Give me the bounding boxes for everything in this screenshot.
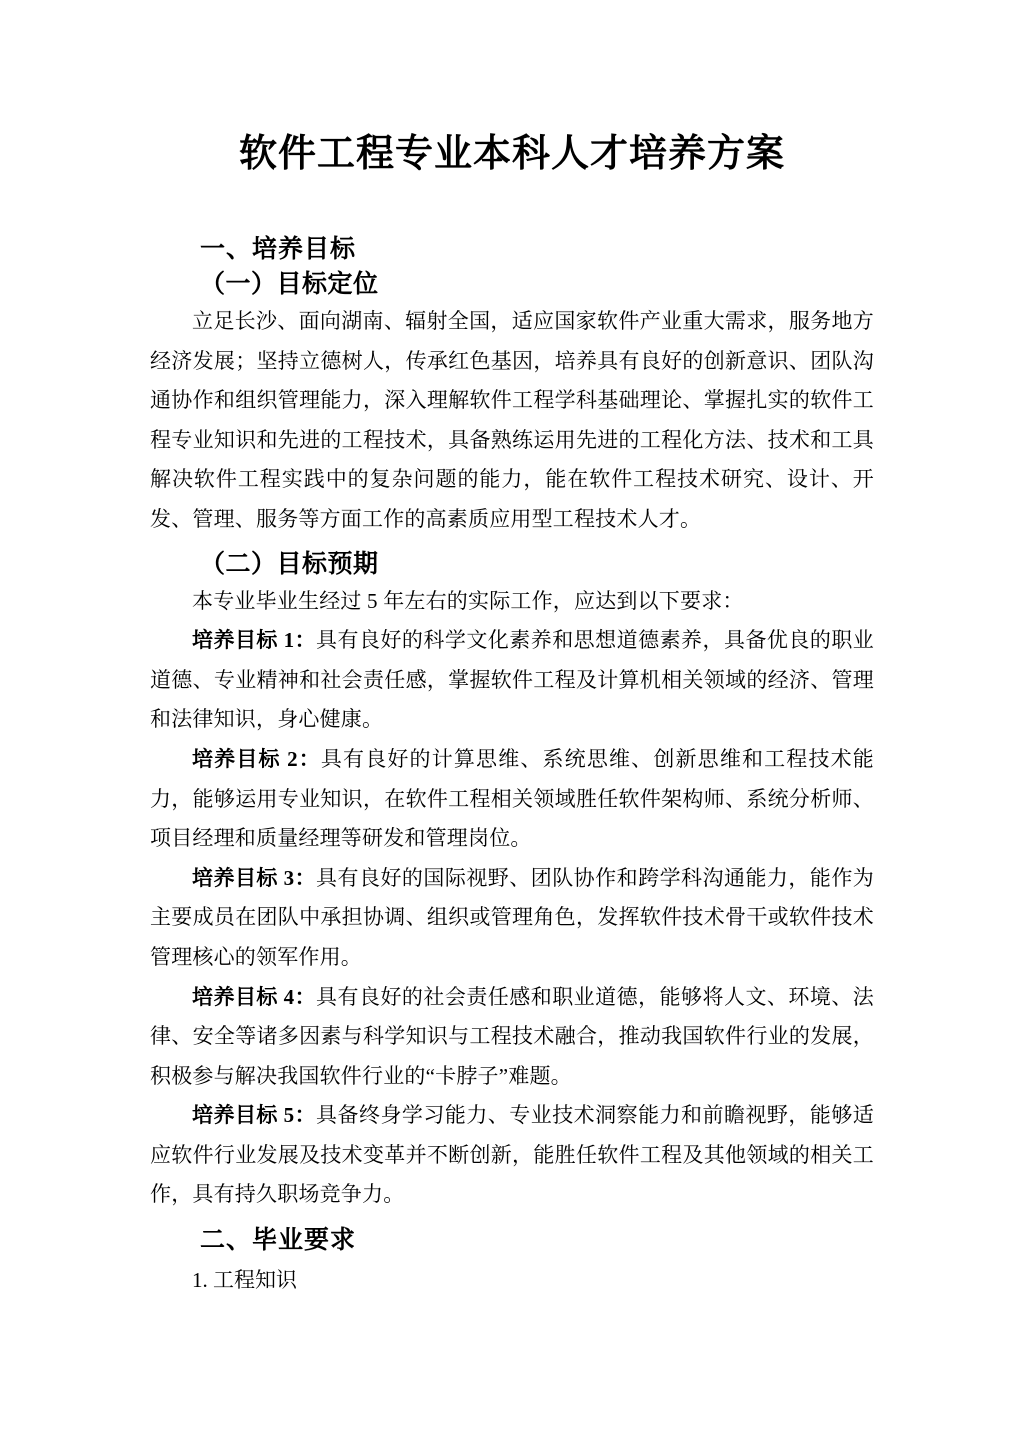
section-2-heading: 二、毕业要求 (150, 1223, 874, 1257)
goal-paragraph-3: 培养目标 3：具有良好的国际视野、团队协作和跨学科沟通能力，能作为主要成员在团队… (150, 859, 874, 978)
goal-1-lead: 培养目标 1： (192, 628, 316, 652)
document-page: 软件工程专业本科人才培养方案 一、培养目标 （一）目标定位 立足长沙、面向湖南、… (0, 0, 1024, 1448)
goal-2-lead: 培养目标 2： (192, 747, 321, 771)
subsection-1-1-heading: （一）目标定位 (150, 266, 874, 302)
goal-paragraph-5: 培养目标 5：具备终身学习能力、专业技术洞察能力和前瞻视野，能够适应软件行业发展… (150, 1096, 874, 1215)
goal-paragraph-1: 培养目标 1：具有良好的科学文化素养和思想道德素养，具备优良的职业道德、专业精神… (150, 621, 874, 740)
graduation-requirement-item-1: 1. 工程知识 (150, 1261, 874, 1301)
target-positioning-paragraph: 立足长沙、面向湖南、辐射全国，适应国家软件产业重大需求，服务地方经济发展；坚持立… (150, 302, 874, 540)
goal-5-lead: 培养目标 5： (192, 1103, 316, 1127)
document-title: 软件工程专业本科人才培养方案 (150, 130, 874, 178)
goal-paragraph-2: 培养目标 2：具有良好的计算思维、系统思维、创新思维和工程技术能力，能够运用专业… (150, 740, 874, 859)
goal-paragraph-4: 培养目标 4：具有良好的社会责任感和职业道德，能够将人文、环境、法律、安全等诸多… (150, 978, 874, 1097)
subsection-1-2-heading: （二）目标预期 (150, 546, 874, 582)
goal-intro-paragraph: 本专业毕业生经过 5 年左右的实际工作，应达到以下要求： (150, 582, 874, 622)
goal-3-lead: 培养目标 3： (192, 866, 316, 890)
section-1-heading: 一、培养目标 (150, 232, 874, 266)
goal-4-lead: 培养目标 4： (192, 985, 316, 1009)
